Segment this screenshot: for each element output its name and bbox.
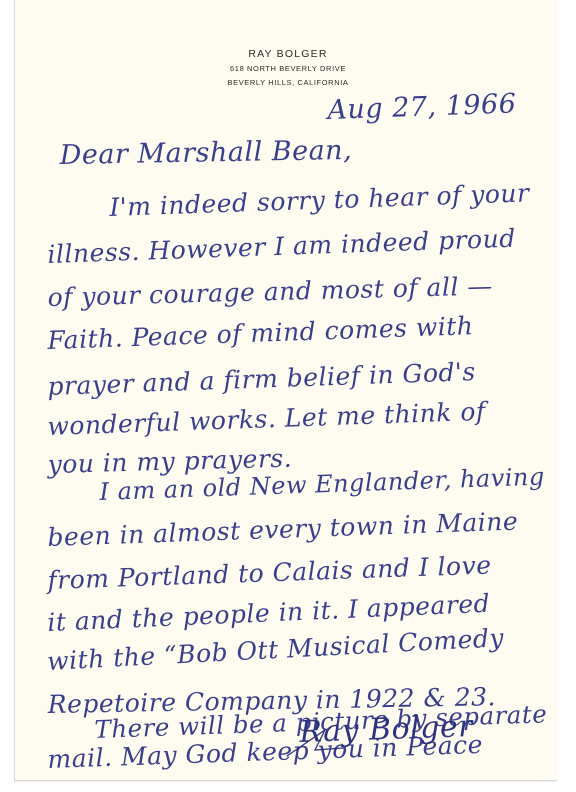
letter-salutation: Dear Marshall Bean, [59,135,352,171]
letterhead-name: RAY BOLGER [0,48,576,60]
letterhead-city: BEVERLY HILLS, CALIFORNIA [0,78,576,87]
letter-signature: Ray Bolger [299,709,474,750]
letterhead-address: 618 North Beverly Drive [0,64,576,73]
letter-date: Aug 27, 1966 [327,88,517,126]
